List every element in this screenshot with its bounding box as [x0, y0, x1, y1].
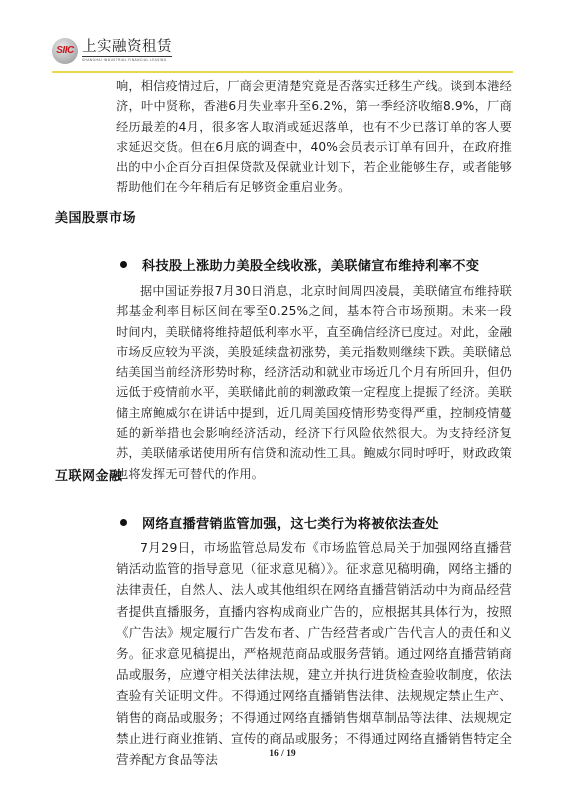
header-divider — [52, 71, 513, 73]
section-title-us-stock-market: 美国股票市场 — [55, 207, 136, 226]
siic-logo-icon: SIIC — [52, 38, 78, 64]
headline-text: 科技股上涨助力美股全线收涨，美联储宣布维持利率不变 — [142, 255, 479, 274]
logo-mark-text: SIIC — [49, 46, 81, 56]
article-body: 7月29日，市场监管总局发布《市场监管总局关于加强网络直播营销活动监管的指导意见… — [116, 537, 512, 770]
document-header: SIIC 上实融资租赁 SHANGHAI INDUSTRIAL FINANCIA… — [52, 38, 172, 64]
page-number: 16 / 19 — [0, 749, 565, 759]
article-headline: 网络直播营销监管加强，这七类行为将被依法查处 — [142, 513, 439, 532]
continued-paragraph: 响，相信疫情过后，厂商会更清楚究竟是否落实迁移生产线。谈到本港经济，叶中贤称，香… — [116, 76, 512, 198]
headline-text: 网络直播营销监管加强，这七类行为将被依法查处 — [142, 513, 439, 532]
article-body: 据中国证券报7月30日消息，北京时间周四凌晨，美联储宣布维持联邦基金利率目标区间… — [116, 281, 512, 484]
company-name-cn: 上实融资租赁 — [82, 39, 172, 57]
bullet-icon — [120, 519, 127, 526]
bullet-icon — [120, 261, 127, 268]
company-name-en: SHANGHAI INDUSTRIAL FINANCIAL LEASING — [82, 58, 172, 63]
section-title-internet-finance: 互联网金融 — [55, 465, 123, 484]
article-headline: 科技股上涨助力美股全线收涨，美联储宣布维持利率不变 — [142, 255, 479, 274]
company-logo-text: 上实融资租赁 SHANGHAI INDUSTRIAL FINANCIAL LEA… — [82, 39, 172, 63]
